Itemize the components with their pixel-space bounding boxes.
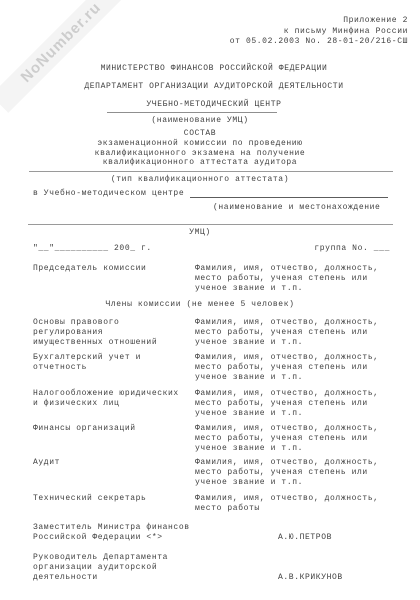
umc-underline	[28, 224, 393, 225]
member-placeholder: Фамилия, имя, отчество, должность, место…	[195, 389, 394, 419]
member-row: Финансы организаций Фамилия, имя, отчест…	[33, 424, 394, 454]
reference-block: Приложение 2 к письму Минфина России от …	[230, 16, 408, 48]
title-line: квалификационного аттестата аудитора	[30, 158, 370, 168]
org-name-underline	[107, 112, 277, 113]
signatory-name: А.В.КРИКУНОВ	[278, 573, 343, 583]
reference-line: Приложение 2	[230, 16, 408, 27]
reference-line: от 05.02.2003 No. 28-01-20/216-СШ	[230, 37, 408, 48]
signature-row: Заместитель Министра финансов Российской…	[33, 523, 394, 543]
chairman-label: Председатель комиссии	[33, 264, 195, 294]
member-placeholder: Фамилия, имя, отчество, должность, место…	[195, 458, 394, 488]
title-line: экзаменационной комиссии по проведению	[30, 139, 370, 149]
member-placeholder: Фамилия, имя, отчество, должность, место…	[195, 424, 394, 454]
member-placeholder: Фамилия, имя, отчество, должность, место…	[195, 494, 394, 514]
signatory-name: А.Ю.ПЕТРОВ	[278, 533, 332, 543]
subject-label: Бухгалтерский учет и отчетность	[33, 353, 195, 383]
members-heading: Члены комиссии (не менее 5 человек)	[30, 300, 370, 310]
date-blank: "__"__________ 200_ г.	[33, 244, 152, 254]
title-line: квалификационного экзамена на получение	[30, 149, 370, 159]
training-center-blank-line	[190, 189, 388, 198]
org-line: ДЕПАРТАМЕНТ ОРГАНИЗАЦИИ АУДИТОРСКОЙ ДЕЯТ…	[30, 78, 398, 96]
reference-line: к письму Минфина России	[230, 27, 408, 38]
subject-label: Финансы организаций	[33, 424, 195, 454]
training-center-label: в Учебно-методическом центре	[33, 189, 184, 199]
document-page: NoNumber.ru Приложение 2 к письму Минфин…	[0, 0, 420, 600]
attestate-type-caption: (тип квалификационного аттестата)	[30, 175, 370, 185]
member-placeholder: Фамилия, имя, отчество, должность, место…	[195, 353, 394, 383]
member-row: Аудит Фамилия, имя, отчество, должность,…	[33, 458, 394, 488]
subject-label: Технический секретарь	[33, 494, 195, 514]
member-row: Налогообложение юридических и физических…	[33, 389, 394, 419]
document-title: СОСТАВ экзаменационной комиссии по прове…	[30, 129, 370, 168]
org-name-caption: (наименование УМЦ)	[30, 116, 370, 126]
signatory-title: Заместитель Министра финансов Российской…	[33, 523, 394, 543]
member-row: Технический секретарь Фамилия, имя, отче…	[33, 494, 394, 514]
date-group-row: "__"__________ 200_ г. группа No. ___	[33, 244, 390, 254]
title-line: СОСТАВ	[30, 129, 370, 139]
chairman-row: Председатель комиссии Фамилия, имя, отче…	[33, 264, 394, 294]
umc-caption: УМЦ)	[30, 228, 370, 238]
member-row: Бухгалтерский учет и отчетность Фамилия,…	[33, 353, 394, 383]
group-number: группа No. ___	[314, 244, 390, 254]
subject-label: Налогообложение юридических и физических…	[33, 389, 195, 419]
member-row: Основы правового регулирования имуществе…	[33, 318, 394, 348]
subject-label: Аудит	[33, 458, 195, 488]
location-caption: (наименование и местонахождение	[213, 203, 380, 213]
signature-row: Руководитель Департамента организации ау…	[33, 553, 394, 583]
organization-header: МИНИСТЕРСТВО ФИНАНСОВ РОССИЙСКОЙ ФЕДЕРАЦ…	[30, 60, 398, 114]
subject-label: Основы правового регулирования имуществе…	[33, 318, 195, 348]
attestate-type-underline	[29, 171, 393, 172]
chairman-placeholder: Фамилия, имя, отчество, должность, место…	[195, 264, 394, 294]
training-center-field: в Учебно-методическом центре	[33, 189, 390, 199]
org-line: МИНИСТЕРСТВО ФИНАНСОВ РОССИЙСКОЙ ФЕДЕРАЦ…	[30, 60, 398, 78]
member-placeholder: Фамилия, имя, отчество, должность, место…	[195, 318, 394, 348]
